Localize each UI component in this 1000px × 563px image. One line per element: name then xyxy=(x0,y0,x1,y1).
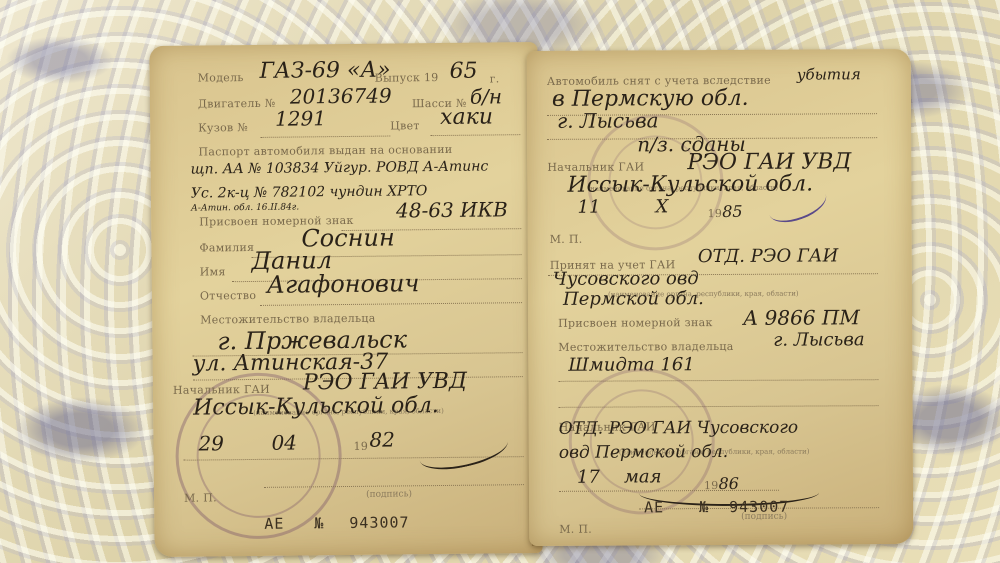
seal-row: М. П. xyxy=(184,488,542,505)
plate-label-right: Присвоен номерной знак xyxy=(558,316,713,330)
model-label: Модель xyxy=(198,71,244,84)
residence-label-right: Местожительство владельца xyxy=(558,340,733,354)
removed-reason-start: убытия xyxy=(797,65,861,83)
signature-left xyxy=(416,425,511,476)
seal-row-right-1: М. П. xyxy=(550,231,912,246)
seal-label-right-1: М. П. xyxy=(550,233,583,246)
passport-number-right: 943007 xyxy=(729,498,789,516)
engine-label: Двигатель № xyxy=(198,97,276,111)
removal-year-prefix: 19 xyxy=(708,207,723,220)
accepted-line-1: ОТД. РЭО ГАИ xyxy=(698,245,839,267)
date-right-day: 17 xyxy=(577,467,600,488)
seal-label-right-2: М. П. xyxy=(559,523,592,536)
series-label: АЕ xyxy=(264,515,284,533)
color-value: хаки xyxy=(440,104,493,130)
surname-label: Фамилия xyxy=(199,241,254,255)
basis-label: Паспорт автомобиля выдан на основании xyxy=(198,143,452,159)
seal-label: М. П. xyxy=(184,491,217,504)
body-value: 1291 xyxy=(275,106,326,131)
basis-line-3: А-Атин. обл. 16.II.84г. xyxy=(191,202,299,213)
accepted-line-2: Чусовского овд xyxy=(553,268,699,290)
color-label: Цвет xyxy=(390,119,420,132)
gai-head2-line-1: ОТД. РЭО ГАИ Чусовского xyxy=(559,418,799,439)
date-right-month: мая xyxy=(624,466,662,487)
plate-value-right: А 9866 ПМ xyxy=(743,305,860,330)
year-value: 65 xyxy=(449,59,477,84)
plate-value: 48-63 ИКВ xyxy=(396,197,508,222)
gai-head2-line-2: овд Пермской обл. xyxy=(559,442,728,463)
engine-value: 20136749 xyxy=(290,84,392,109)
color-dotline xyxy=(430,134,520,136)
patronymic-value: Агафонович xyxy=(267,269,420,299)
gai-head-right-line-2: Иссык-Кульской обл. xyxy=(567,172,813,198)
gai-head-line-2: Иссык-Кульской обл. xyxy=(193,393,439,421)
model-value: ГАЗ-69 «А» xyxy=(259,58,390,84)
patronymic-label: Отчество xyxy=(200,289,256,303)
basis-row: Паспорт автомобиля выдан на основании xyxy=(198,142,538,159)
removal-year: 85 xyxy=(722,202,742,221)
passport-right-page: Автомобиль снят с учета вследствие убыти… xyxy=(527,49,914,546)
date-day: 29 xyxy=(198,431,224,455)
removal-date-month: X xyxy=(655,196,668,217)
number-sign: № xyxy=(314,514,324,532)
number-sign-right: № xyxy=(699,498,709,516)
body-label: Кузов № xyxy=(198,121,248,135)
passport-left-page: Модель ГАЗ-69 «А» Выпуск 19 65 г. Двигат… xyxy=(149,42,542,557)
basis-line-2: Ус. 2к-ц № 782102 чундин ХРТО xyxy=(191,183,428,201)
basis-line-1: щп. АА № 103834 Уйгур. РОВД А-Атинс xyxy=(191,159,489,178)
removal-date-day: 11 xyxy=(577,197,600,218)
date-year: 82 xyxy=(369,427,395,451)
name-label: Имя xyxy=(200,265,226,278)
gai-head-line-1: РЭО ГАИ УВД xyxy=(303,369,467,396)
patronymic-dotline xyxy=(260,302,522,306)
residence-row: Местожительство владельца xyxy=(200,310,540,327)
seal-row-right-2: М. П. xyxy=(559,521,913,536)
body-dotline xyxy=(260,136,390,138)
series-label-right: АЕ xyxy=(644,498,664,516)
passport-number: 943007 xyxy=(349,513,409,532)
date-year-prefix: 19 xyxy=(353,440,368,453)
residence-label: Местожительство владельца xyxy=(200,312,375,327)
accepted-line-3: Пермской обл. xyxy=(563,288,704,310)
date-month: 04 xyxy=(271,431,297,455)
residence-right-line-1: г. Лысьва xyxy=(773,329,864,350)
